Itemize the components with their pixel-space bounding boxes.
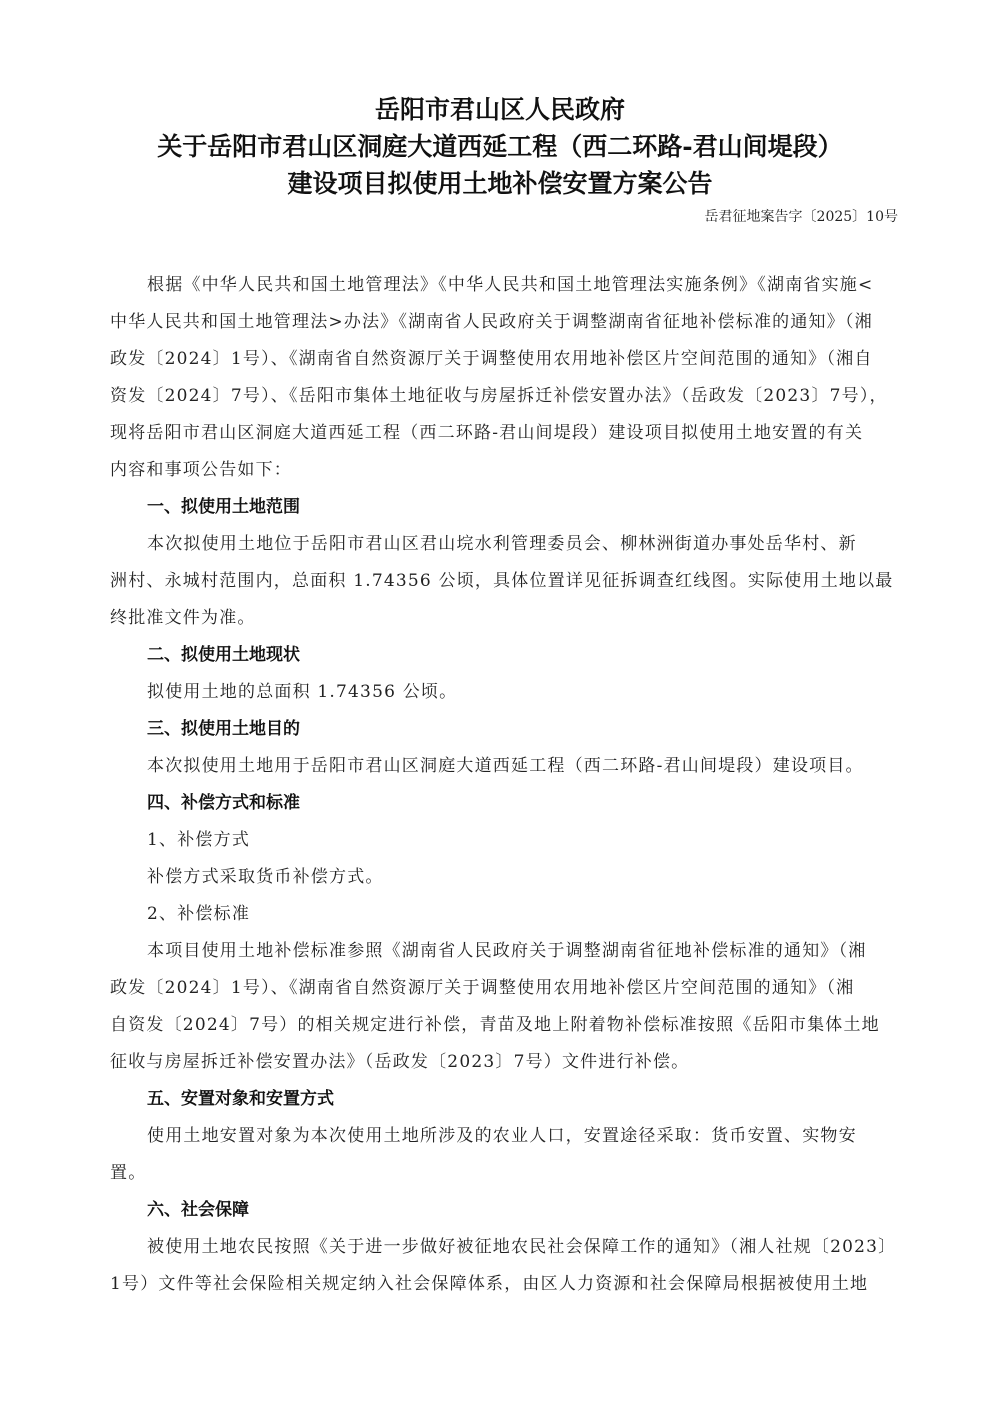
section-5-line: 使用土地安置对象为本次使用土地所涉及的农业人口，安置途径采取：货币安置、实物安 xyxy=(147,1121,857,1146)
section-1-line: 洲村、永城村范围内，总面积 1.74356 公顷，具体位置详见征拆调查红线图。实… xyxy=(110,566,894,591)
section-4-line: 自资发〔2024〕7号）的相关规定进行补偿，青苗及地上附着物补偿标准按照《岳阳市… xyxy=(110,1010,880,1035)
document-page: 岳阳市君山区人民政府 关于岳阳市君山区洞庭大道西延工程（西二环路-君山间堤段） … xyxy=(0,0,1000,1414)
section-1-line: 本次拟使用土地位于岳阳市君山区君山垸水利管理委员会、柳林洲街道办事处岳华村、新 xyxy=(147,529,857,554)
subsection-label-1: 1、补偿方式 xyxy=(147,825,250,850)
intro-line: 根据《中华人民共和国土地管理法》《中华人民共和国土地管理法实施条例》《湖南省实施… xyxy=(147,270,873,295)
section-1-line: 终批准文件为准。 xyxy=(110,603,256,628)
section-4-line: 征收与房屋拆迁补偿安置办法》（岳政发〔2023〕7号）文件进行补偿。 xyxy=(110,1047,689,1072)
title-issuer: 岳阳市君山区人民政府 xyxy=(0,90,1000,126)
section-3-line: 本次拟使用土地用于岳阳市君山区洞庭大道西延工程（西二环路-君山间堤段）建设项目。 xyxy=(147,751,864,776)
section-heading-2: 二、拟使用土地现状 xyxy=(147,640,300,665)
subsection-label-2: 2、补偿标准 xyxy=(147,899,250,924)
intro-line: 内容和事项公告如下： xyxy=(110,455,292,480)
section-6-line: 被使用土地农民按照《关于进一步做好被征地农民社会保障工作的通知》（湘人社规〔20… xyxy=(147,1232,896,1257)
section-4-line: 政发〔2024〕1号）、《湖南省自然资源厅关于调整使用农用地补偿区片空间范围的通… xyxy=(110,973,854,998)
section-5-line: 置。 xyxy=(110,1158,146,1183)
intro-line: 现将岳阳市君山区洞庭大道西延工程（西二环路-君山间堤段）建设项目拟使用土地安置的… xyxy=(110,418,863,443)
subsection-text-1: 补偿方式采取货币补偿方式。 xyxy=(147,862,384,887)
title-line-3: 建设项目拟使用土地补偿安置方案公告 xyxy=(0,164,1000,200)
section-6-line: 1号）文件等社会保险相关规定纳入社会保障体系，由区人力资源和社会保障局根据被使用… xyxy=(110,1269,868,1294)
section-heading-3: 三、拟使用土地目的 xyxy=(147,714,300,739)
section-heading-5: 五、安置对象和安置方式 xyxy=(147,1084,334,1109)
intro-line: 政发〔2024〕1号）、《湖南省自然资源厅关于调整使用农用地补偿区片空间范围的通… xyxy=(110,344,873,369)
document-number: 岳君征地案告字〔2025〕10号 xyxy=(705,206,898,226)
intro-line: 资发〔2024〕7号）、《岳阳市集体土地征收与房屋拆迁补偿安置办法》（岳政发〔2… xyxy=(110,381,888,406)
section-4-line: 本项目使用土地补偿标准参照《湖南省人民政府关于调整湖南省征地补偿标准的通知》（湘 xyxy=(147,936,867,961)
section-heading-6: 六、社会保障 xyxy=(147,1195,249,1220)
intro-line: 中华人民共和国土地管理法>办法》《湖南省人民政府关于调整湖南省征地补偿标准的通知… xyxy=(110,307,873,332)
section-heading-1: 一、拟使用土地范围 xyxy=(147,492,300,517)
section-heading-4: 四、补偿方式和标准 xyxy=(147,788,300,813)
title-line-2: 关于岳阳市君山区洞庭大道西延工程（西二环路-君山间堤段） xyxy=(0,127,1000,163)
section-2-line: 拟使用土地的总面积 1.74356 公顷。 xyxy=(147,677,457,702)
